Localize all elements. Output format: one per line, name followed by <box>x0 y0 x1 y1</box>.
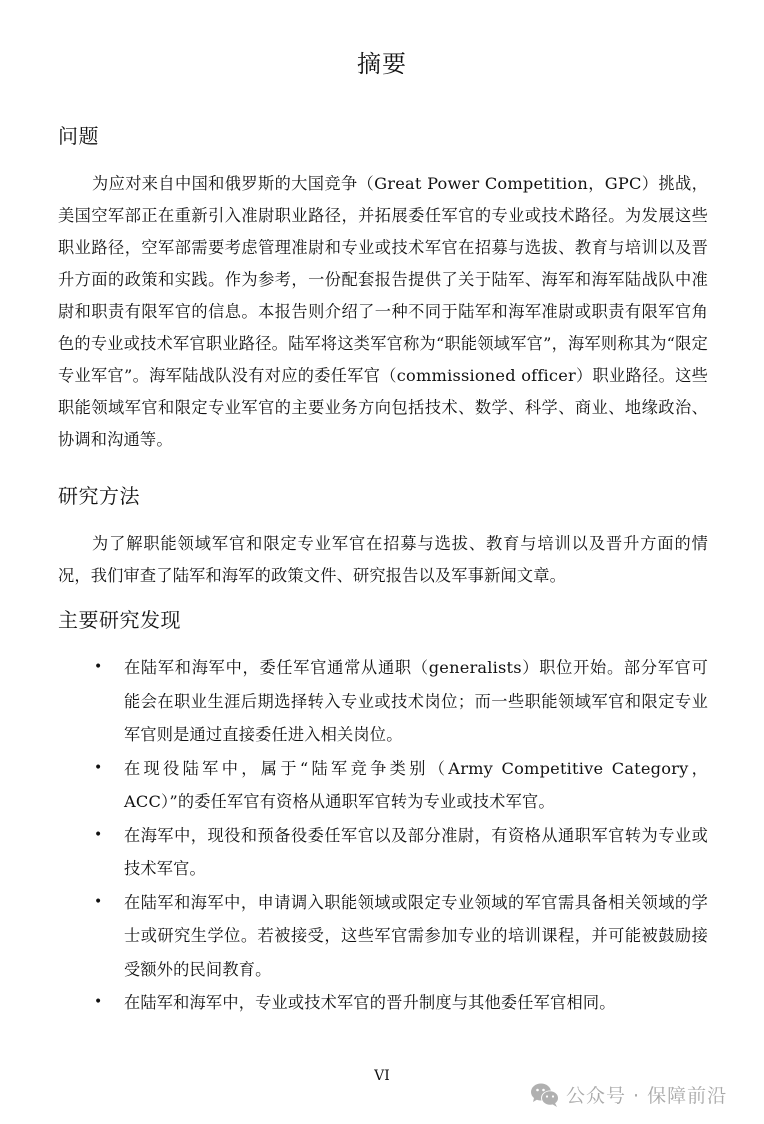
watermark-text: 公众号 · 保障前沿 <box>566 1081 727 1108</box>
finding-item: • 在陆军和海军中，委任军官通常从通职（generalists）职位开始。部分军… <box>94 651 708 752</box>
finding-item: • 在陆军和海军中，专业或技术军官的晋升制度与其他委任军官相同。 <box>94 986 708 1020</box>
finding-text: 在陆军和海军中，委任军官通常从通职（generalists）职位开始。部分军官可… <box>124 658 708 744</box>
bullet-icon: • <box>94 819 104 853</box>
finding-item: • 在海军中，现役和预备役委任军官以及部分准尉，有资格从通职军官转为专业或技术军… <box>94 819 708 886</box>
finding-item: • 在现役陆军中，属于“陆军竞争类别（Army Competitive Cate… <box>94 752 708 819</box>
findings-list: • 在陆军和海军中，委任军官通常从通职（generalists）职位开始。部分军… <box>94 651 708 1020</box>
method-paragraph: 为了解职能领域军官和限定专业军官在招募与选拔、教育与培训以及晋升方面的情况，我们… <box>58 528 708 592</box>
finding-text: 在陆军和海军中，申请调入职能领域或限定专业领域的军官需具备相关领域的学士或研究生… <box>124 893 708 979</box>
section-heading-findings: 主要研究发现 <box>58 606 181 634</box>
bullet-icon: • <box>94 752 104 786</box>
finding-item: • 在陆军和海军中，申请调入职能领域或限定专业领域的军官需具备相关领域的学士或研… <box>94 886 708 987</box>
section-heading-problem: 问题 <box>58 122 99 150</box>
finding-text: 在陆军和海军中，专业或技术军官的晋升制度与其他委任军官相同。 <box>124 993 616 1012</box>
finding-text: 在海军中，现役和预备役委任军官以及部分准尉，有资格从通职军官转为专业或技术军官。 <box>124 826 708 879</box>
wechat-icon <box>530 1082 560 1108</box>
finding-text: 在现役陆军中，属于“陆军竞争类别（Army Competitive Catego… <box>124 759 708 812</box>
page-title: 摘要 <box>0 47 764 81</box>
watermark: 公众号 · 保障前沿 <box>530 1081 727 1108</box>
bullet-icon: • <box>94 986 104 1020</box>
document-page: 摘要 问题 为应对来自中国和俄罗斯的大国竞争（Great Power Compe… <box>0 0 764 1124</box>
problem-paragraph: 为应对来自中国和俄罗斯的大国竞争（Great Power Competition… <box>58 168 708 456</box>
bullet-icon: • <box>94 886 104 920</box>
bullet-icon: • <box>94 651 104 685</box>
section-heading-method: 研究方法 <box>58 482 140 510</box>
